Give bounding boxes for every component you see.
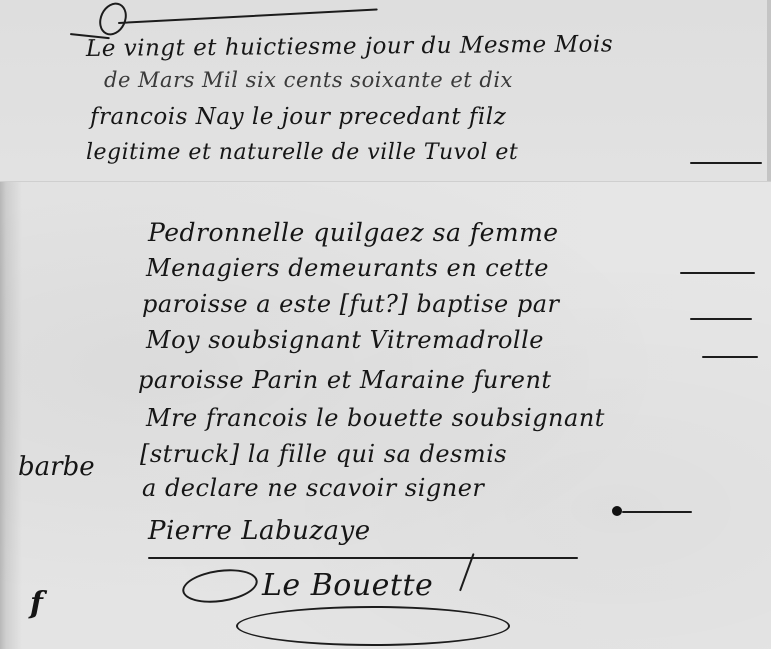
entry-line-7: [struck] la fille qui sa desmis (140, 440, 507, 468)
entry-line-5: paroisse Parin et Maraine furent (138, 366, 552, 394)
line4-tail (690, 162, 762, 164)
entry-line-2-tail (680, 272, 755, 274)
entry-line-4-tail (702, 356, 758, 358)
signature-flourish-bottom (236, 606, 510, 646)
margin-mark: f (30, 586, 43, 621)
ink-blot (612, 506, 622, 516)
entry-line-4: Moy soubsignant Vitremadrolle (146, 326, 544, 354)
entry-line-3: paroisse a este [fut?] baptise par (142, 290, 560, 318)
signature-underline (148, 557, 578, 559)
entry-line-3-tail (690, 318, 752, 320)
entry-line-8: a declare ne scavoir signer (142, 474, 484, 502)
entry-line-1: Pedronnelle quilgaez sa femme (148, 218, 559, 247)
entry-line-6: Mre francois le bouette soubsignant (146, 404, 605, 432)
top-line-4: legitime et naturelle de ville Tuvol et (86, 140, 518, 165)
margin-name: barbe (18, 452, 95, 482)
top-line-3: francois Nay le jour precedant filz (90, 104, 506, 130)
top-line-2: de Mars Mil six cents soixante et dix (104, 68, 513, 92)
top-line-1: Le vingt et huictiesme jour du Mesme Moi… (86, 31, 613, 62)
priest-signature: Le Bouette (262, 568, 433, 603)
page-edge (767, 0, 771, 182)
entry-line-9-signature-pierre: Pierre Labuzaye (148, 516, 371, 546)
entry-line-2: Menagiers demeurants en cette (146, 254, 549, 282)
entry-line-8-tail (622, 511, 692, 513)
